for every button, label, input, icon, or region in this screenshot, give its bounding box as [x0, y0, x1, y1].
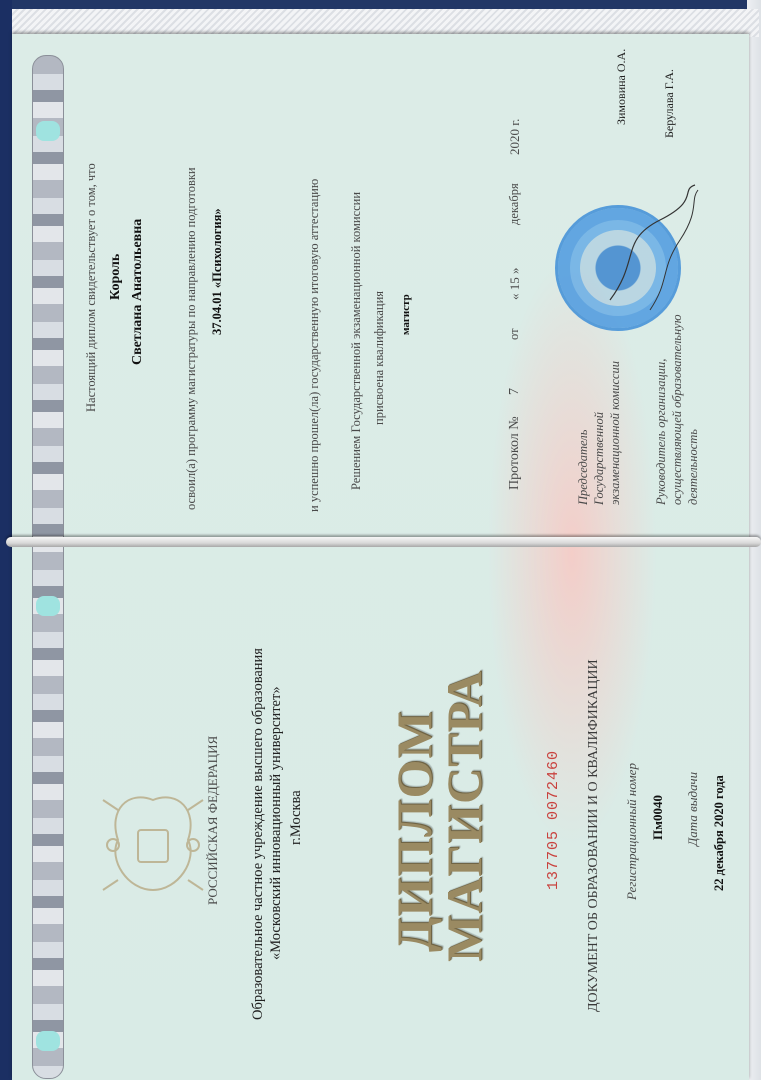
qualification: магистр	[400, 294, 412, 335]
cover-hatch-pattern	[12, 9, 759, 37]
serial-number: 137705 0072460	[545, 750, 562, 890]
program-code: 37.04.01 «Психология»	[210, 208, 225, 335]
institution-line-2: «Московский инновационный университет»	[268, 686, 285, 960]
head-name: Берулава Г.А.	[662, 69, 677, 138]
institution-line-1: Образовательное частное учреждение высше…	[250, 648, 267, 1020]
ornament-gem	[36, 1031, 60, 1051]
protocol-label: Протокол №	[507, 416, 523, 490]
protocol-number: 7	[507, 388, 523, 395]
attestation-text: и успешно прошел(ла) государственную ито…	[307, 179, 322, 512]
chair-label-3: экзаменационной комиссии	[608, 361, 623, 505]
ornament-gem	[36, 596, 60, 616]
country-name: РОССИЙСКАЯ ФЕДЕРАЦИЯ	[205, 736, 221, 905]
city: г.Москва	[288, 790, 305, 845]
cover-top-edge	[0, 0, 761, 9]
signature-scribble	[600, 180, 700, 320]
ornament-gem	[36, 121, 60, 141]
guilloche-ornament-strip	[32, 55, 64, 1079]
protocol-from-label: от	[507, 328, 522, 340]
head-label-3: деятельность	[686, 429, 701, 505]
protocol-year: 2020 г.	[507, 119, 523, 155]
coat-of-arms-emblem	[88, 780, 218, 910]
commission-text: Решением Государственной экзаменационной…	[349, 192, 364, 490]
binding-cord	[6, 537, 761, 547]
issue-date: 22 декабря 2020 года	[712, 775, 727, 891]
chair-label-2: Государственной	[592, 412, 607, 505]
protocol-day: « 15 »	[507, 268, 523, 301]
program-text: освоил(а) программу магистратуры по напр…	[184, 167, 199, 510]
chair-name: Зимовина О.А.	[614, 49, 629, 125]
document-type: ДОКУМЕНТ ОБ ОБРАЗОВАНИИ И О КВАЛИФИКАЦИИ	[586, 659, 602, 1012]
issue-date-label: Дата выдачи	[685, 772, 701, 846]
diploma-title-line-2: МАГИСТРА	[435, 670, 493, 962]
protocol-month: декабря	[507, 183, 522, 225]
chair-label-1: Председатель	[576, 430, 591, 505]
graduate-surname: Король	[108, 254, 124, 300]
registration-number: Пм0040	[650, 795, 666, 840]
head-label-2: осуществляющей образовательную	[670, 314, 685, 505]
registration-number-label: Регистрационный номер	[624, 763, 640, 900]
head-label-1: Руководитель организации,	[654, 359, 669, 505]
graduate-given-names: Светлана Анатольевна	[130, 219, 146, 365]
awarded-text: присвоена квалификация	[372, 291, 387, 425]
certificate-intro: Настоящий диплом свидетельствует о том, …	[84, 163, 99, 412]
